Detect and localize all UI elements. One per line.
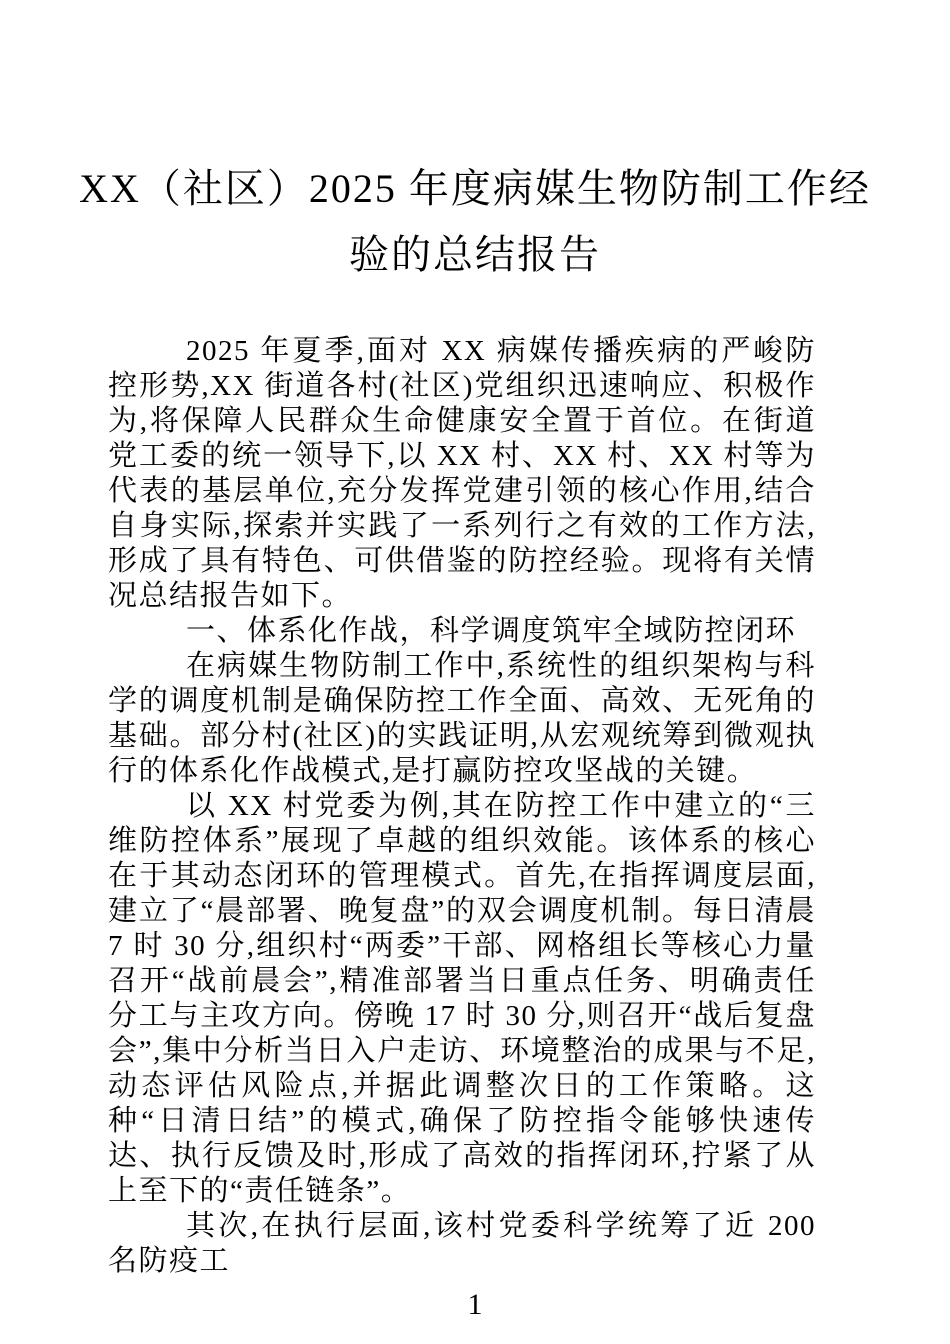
paragraph-section1-overview: 在病媒生物防制工作中,系统性的组织架构与科学的调度机制是确保防控工作全面、高效、… xyxy=(108,649,816,789)
paragraph-execution-partial: 其次,在执行层面,该村党委科学统筹了近 200 名防疫工 xyxy=(108,1209,816,1279)
title-line-2: 验的总结报告 xyxy=(0,222,950,288)
document-body: 2025 年夏季,面对 XX 病媒传播疾病的严峻防控形势,XX 街道各村(社区)… xyxy=(108,334,816,1279)
document-page: XX（社区）2025 年度病媒生物防制工作经 验的总结报告 2025 年夏季,面… xyxy=(0,0,950,1344)
paragraph-intro: 2025 年夏季,面对 XX 病媒传播疾病的严峻防控形势,XX 街道各村(社区)… xyxy=(108,334,816,614)
section-heading-1: 一、体系化作战，科学调度筑牢全域防控闭环 xyxy=(108,614,816,649)
title-line-1: XX（社区）2025 年度病媒生物防制工作经 xyxy=(0,156,950,222)
paragraph-village-example: 以 XX 村党委为例,其在防控工作中建立的“三维防控体系”展现了卓越的组织效能。… xyxy=(108,789,816,1209)
document-title: XX（社区）2025 年度病媒生物防制工作经 验的总结报告 xyxy=(0,0,950,288)
page-number: 1 xyxy=(0,1287,950,1322)
